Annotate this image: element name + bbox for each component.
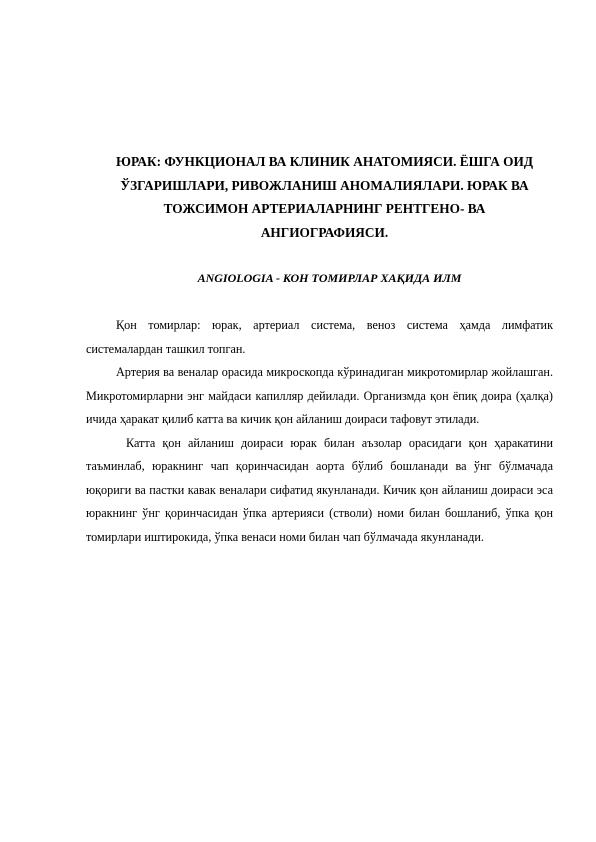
document-page: ЮРАК: ФУНКЦИОНАЛ ВА КЛИНИК АНАТОМИЯСИ. Ё… bbox=[86, 150, 553, 549]
document-title: ЮРАК: ФУНКЦИОНАЛ ВА КЛИНИК АНАТОМИЯСИ. Ё… bbox=[86, 150, 553, 244]
paragraph: Катта қон айланиш доираси юрак билан аъз… bbox=[86, 432, 553, 550]
body-text: Қон томирлар: юрак, артериал система, ве… bbox=[86, 314, 553, 549]
title-line: АНГИОГРАФИЯСИ. bbox=[96, 221, 553, 245]
title-line: ТОЖСИМОН АРТЕРИАЛАРНИНГ РЕНТГЕНО- ВА bbox=[96, 197, 553, 221]
title-line: ЎЗГАРИШЛАРИ, РИВОЖЛАНИШ АНОМАЛИЯЛАРИ. ЮР… bbox=[96, 174, 553, 198]
paragraph: Қон томирлар: юрак, артериал система, ве… bbox=[86, 314, 553, 361]
paragraph: Артерия ва веналар орасида микроскопда к… bbox=[86, 361, 553, 432]
title-line: ЮРАК: ФУНКЦИОНАЛ ВА КЛИНИК АНАТОМИЯСИ. Ё… bbox=[96, 150, 553, 174]
section-subtitle: ANGIOLOGIA - КОН ТОМИРЛАР ХАҚИДА ИЛМ bbox=[86, 270, 553, 286]
